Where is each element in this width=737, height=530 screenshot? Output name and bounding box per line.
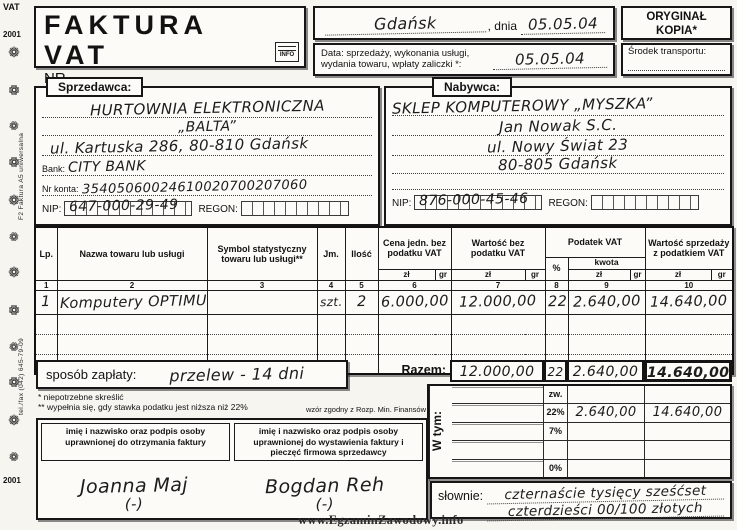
col-header-symbol: Symbol statystyczny towaru lub usługi**	[207, 227, 317, 280]
col-number: 3	[207, 280, 317, 290]
seller-address: ul. Kartuska 286, 80-810 Gdańsk	[42, 134, 309, 158]
item-vat-amount: 2.640,00	[572, 293, 640, 310]
stamp-icon: ❁	[7, 449, 21, 465]
breakdown-tax: 2.640,00	[575, 405, 636, 420]
col-header-vat-percent: %	[545, 257, 568, 280]
item-gross: 14.640,00	[650, 293, 728, 311]
col-header-vat: Podatek VAT	[545, 227, 645, 257]
payment-method-value: przelew - 14 dni	[136, 363, 338, 386]
signature-left: Joanna Maj (-)	[80, 475, 188, 513]
date-label: , dnia	[486, 19, 521, 34]
col-header-qty: Ilość	[345, 227, 378, 280]
breakdown-rate: zw.	[544, 386, 568, 403]
seller-tab: Sprzedawca:	[46, 77, 143, 97]
breakdown-net-cell	[452, 423, 544, 440]
amount-in-words-line2: czterdzieści 00/100 złotych	[487, 500, 724, 522]
signature-right-label: imię i nazwisko oraz podpis osoby uprawn…	[234, 423, 423, 461]
item-jm: szt.	[320, 295, 343, 309]
transport-field	[628, 58, 725, 71]
breakdown-rate: 0%	[544, 460, 568, 477]
invoice-title: FAKTURA VAT	[36, 8, 304, 70]
seller-bank-value: CITY BANK	[68, 158, 146, 176]
vat-breakdown-row: zw.	[452, 386, 730, 404]
razem-label: Razem:	[335, 360, 450, 382]
col-number: 1	[35, 280, 57, 290]
buyer-regon-field	[591, 195, 699, 210]
margin-year-top: 2001	[3, 30, 21, 39]
seller-nip-field: 647-000-29-49	[64, 201, 192, 216]
col-number: 6	[378, 280, 451, 290]
margin-strip: VAT 2001 2001 ❁ ❁ ❁ ❁ ❁ ❁ ❁ ❁ ❁ ❁ ❁ ❁ F2…	[0, 0, 31, 530]
amount-in-words-label: słownie:	[438, 485, 483, 515]
gross-gr-label: gr	[711, 269, 733, 280]
vat-breakdown-row: 0%	[452, 460, 730, 477]
buyer-box: Nabywca: SKLEP KOMPUTEROWY „MYSZKA” Jan …	[384, 86, 732, 226]
buyer-address-line2: 80-805 Gdańsk	[498, 154, 618, 174]
seller-account-value: 35405060024610020700207060	[81, 178, 307, 198]
seller-name-line2: „BALTA”	[178, 118, 237, 135]
payment-method-label: sposób zapłaty:	[46, 367, 136, 382]
footnote-2: ** wypełnia się, gdy stawka podatku jest…	[38, 402, 248, 412]
footnote-regulation: wzór zgodny z Rozp. Min. Finansów	[240, 405, 426, 414]
margin-year-bottom: 2001	[3, 476, 21, 485]
totals-razem-row: Razem: 12.000,00 22 2.640,00 14.640,00	[335, 360, 732, 382]
signature-right-mark: (-)	[265, 494, 385, 514]
item-lp: 1	[41, 294, 51, 310]
seller-nip-label: NIP:	[42, 204, 64, 216]
wtym-label: W tym:	[429, 386, 452, 477]
sale-date-field: 05.05.04	[493, 49, 607, 70]
breakdown-net-cell	[452, 460, 544, 477]
razem-tax-value: 2.640,00	[573, 364, 639, 380]
razem-gross-value: 14.640,00	[647, 365, 729, 381]
col-header-unit-price: Cena jedn. bez podatku VAT	[378, 227, 451, 269]
buyer-nip-value: 876-000-45-46	[419, 191, 529, 209]
breakdown-rate	[544, 441, 568, 458]
margin-form-code: F2 Faktura A5 uniwersalna	[18, 40, 25, 220]
buyer-nip-label: NIP:	[392, 198, 414, 210]
col-number: 9	[568, 280, 645, 290]
copy-label: KOPIA*	[623, 24, 730, 38]
sale-date-label: Data: sprzedaży, wykonania usługi, wydan…	[321, 49, 493, 71]
col-number: 4	[317, 280, 345, 290]
vat-breakdown-row: 22% 2.640,00 14.640,00	[452, 404, 730, 422]
razem-net-value: 12.000,00	[460, 364, 535, 380]
breakdown-rate: 22%	[544, 404, 568, 421]
signatures-box: imię i nazwisko oraz podpis osoby uprawn…	[36, 418, 428, 520]
empty-item-row	[35, 314, 733, 334]
invoice-title-box: FAKTURA VAT NR INFO	[34, 6, 306, 68]
item-name: Komputery OPTIMUS MAX	[59, 292, 207, 312]
date-field: 05.05.04	[521, 14, 605, 35]
vat-breakdown-row	[452, 441, 730, 459]
place-date-box: Gdańsk , dnia 05.05.04	[313, 6, 615, 40]
vat-breakdown-row: 7%	[452, 423, 730, 441]
net-gr-label: gr	[525, 269, 545, 280]
item-qty: 2	[357, 294, 367, 310]
seller-bank-label: Bank:	[42, 164, 68, 175]
place-field: Gdańsk	[325, 12, 486, 35]
col-number: 10	[645, 280, 733, 290]
buyer-name-line1: SKLEP KOMPUTEROWY „MYSZKA”	[392, 94, 653, 117]
col-header-jm: Jm.	[317, 227, 345, 280]
buyer-tab: Nabywca:	[432, 77, 512, 97]
signature-left-mark: (-)	[79, 494, 187, 514]
seller-regon-label: REGON:	[198, 204, 240, 216]
col-number: 7	[451, 280, 545, 290]
seller-nip-value: 647-000-29-49	[69, 197, 179, 215]
item-symbol	[207, 290, 317, 314]
gross-zl-label: zł	[645, 269, 711, 280]
kwota-zl-label: zł	[568, 269, 630, 280]
original-label: ORYGINAŁ	[623, 10, 730, 24]
sale-date-box: Data: sprzedaży, wykonania usługi, wydan…	[313, 43, 615, 76]
buyer-name-line2: Jan Nowak S.C.	[499, 116, 618, 136]
signature-left-label: imię i nazwisko oraz podpis osoby uprawn…	[41, 423, 230, 461]
col-number: 8	[545, 280, 568, 290]
col-header-vat-kwota: kwota	[568, 257, 645, 269]
col-header-name: Nazwa towaru lub usługi	[57, 227, 207, 280]
original-copy-box: ORYGINAŁ KOPIA*	[621, 6, 732, 40]
seller-name-line1: HURTOWNIA ELEKTRONICZNA	[89, 97, 324, 120]
item-unit-price: 6.000,00	[380, 293, 448, 310]
col-header-net: Wartość bez podatku VAT	[451, 227, 545, 269]
amount-in-words-box: słownie: czternaście tysięcy sześćset cz…	[430, 481, 732, 519]
breakdown-net-cell	[452, 404, 544, 421]
unit-zl-label: zł	[378, 269, 435, 280]
buyer-regon-label: REGON:	[548, 198, 590, 210]
razem-rate-value: 22	[547, 365, 563, 379]
unit-gr-label: gr	[435, 269, 451, 280]
item-vat-rate: 22	[547, 294, 567, 310]
transport-box: Środek transportu:	[621, 43, 732, 76]
transport-label: Środek transportu:	[628, 47, 725, 58]
payment-method-box: sposób zapłaty: przelew - 14 dni	[36, 360, 348, 389]
empty-item-row	[35, 334, 733, 354]
info-logo-text: INFO	[280, 52, 294, 58]
margin-vat-label: VAT	[3, 2, 20, 12]
breakdown-gross: 14.640,00	[653, 405, 723, 420]
buyer-nip-field: 876-000-45-46	[414, 195, 542, 210]
col-header-gross: Wartość sprzedaży z podatkiem VAT	[645, 227, 733, 269]
seller-regon-field	[241, 201, 349, 216]
net-zl-label: zł	[451, 269, 525, 280]
signature-right: Bogdan Reh (-)	[265, 475, 384, 513]
vat-breakdown: W tym: zw. 22% 2.640,00 14.640,00 7%	[427, 384, 732, 479]
footnote-1: * niepotrzebne skreślić	[38, 392, 124, 402]
breakdown-rate: 7%	[544, 423, 568, 440]
kwota-gr-label: gr	[630, 269, 645, 280]
seller-box: Sprzedawca: HURTOWNIA ELEKTRONICZNA „BAL…	[34, 86, 380, 226]
info-logo-bars	[278, 46, 296, 51]
col-number: 5	[345, 280, 378, 290]
watermark: www.EgzaminZawodowy.info	[298, 513, 464, 528]
item-net: 12.000,00	[459, 293, 537, 311]
breakdown-net-cell	[452, 386, 544, 403]
margin-phone: tel./fax (042) 645-79-09	[18, 235, 25, 415]
col-header-lp: Lp.	[35, 227, 57, 280]
breakdown-net-cell	[452, 441, 544, 458]
seller-account-label: Nr konta:	[42, 184, 82, 195]
items-table: Lp. Nazwa towaru lub usługi Symbol staty…	[34, 226, 734, 375]
col-number: 2	[57, 280, 207, 290]
info-logo: INFO	[275, 42, 299, 62]
